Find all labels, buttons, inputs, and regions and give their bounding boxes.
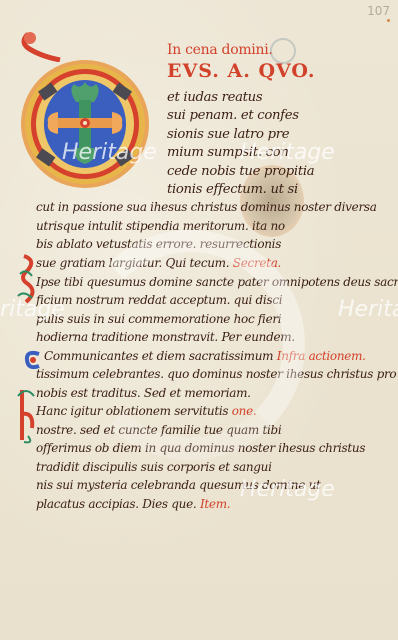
text-line: sui penam. et confes bbox=[167, 108, 299, 123]
text-line: utrisque intulit stipendia meritorum. it… bbox=[36, 219, 285, 233]
folio-mark bbox=[387, 19, 390, 22]
text-line: tradidit discipulis suis corporis et san… bbox=[36, 460, 272, 474]
rubric-item: Item. bbox=[200, 497, 230, 511]
text-line: et iudas reatus bbox=[167, 90, 262, 105]
rubric-heading: In cena domini. bbox=[167, 42, 273, 58]
text-line: tionis effectum. ut si bbox=[167, 182, 298, 197]
folio-number: 107 bbox=[367, 4, 390, 18]
decorated-initial-d-icon bbox=[16, 52, 154, 190]
text-line: placatus accipias. Dies que. Item. bbox=[36, 497, 230, 511]
watermark-logo bbox=[75, 230, 305, 460]
manuscript-page: 107 bbox=[0, 0, 398, 640]
watermark-text: Heritage bbox=[0, 297, 65, 322]
watermark-text: Heritage bbox=[338, 297, 398, 322]
watermark-text: Heritage bbox=[240, 477, 335, 502]
text-segment: placatus accipias. Dies que. bbox=[36, 497, 196, 511]
text-line: cede nobis tue propitia bbox=[167, 164, 314, 179]
initial-scroll-flourish-icon bbox=[20, 30, 62, 62]
watermark-text: Heritage bbox=[62, 140, 157, 165]
watermark-text: Heritage bbox=[240, 140, 335, 165]
flourished-initial-h-icon bbox=[14, 384, 38, 444]
text-line: cut in passione sua ihesus christus domi… bbox=[36, 200, 377, 214]
display-heading: EVS. A. QVO. bbox=[167, 60, 315, 82]
